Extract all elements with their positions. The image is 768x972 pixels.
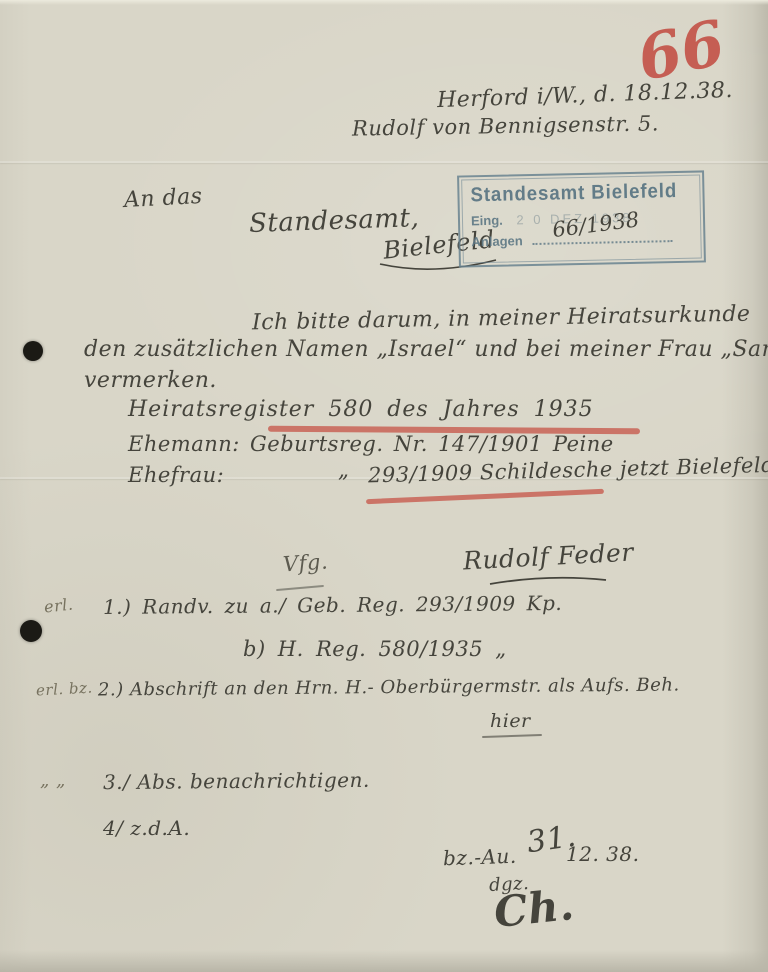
vfg-item-2-sub: hier: [490, 710, 531, 732]
footer-date-rest: 12. 38.: [566, 842, 639, 866]
vfg-item-3: 3./ Abs. benachrichtigen.: [103, 768, 370, 794]
hole-punch-bottom: [20, 620, 42, 642]
body-line-3: vermerken.: [84, 368, 217, 393]
hole-punch-top: [23, 341, 43, 361]
margin-note-ditto: „ „: [40, 770, 66, 791]
body-line-2: den zusätzlichen Namen „Israel“ und bei …: [84, 337, 768, 362]
signature-name: Rudolf Feder: [462, 538, 634, 576]
vfg-item-1b: b) H. Reg. 580/1935 „: [243, 637, 507, 661]
vfg-heading-underline: [276, 585, 324, 591]
margin-note-erl-2: erl. bz.: [36, 679, 94, 700]
margin-note-erl-1: erl.: [43, 595, 74, 617]
paper-crease: [0, 161, 768, 163]
vfg-item-4: 4/ z.d.A.: [103, 816, 190, 840]
footer-note: bz.-Au.: [443, 844, 517, 871]
register-line: Heiratsregister 580 des Jahres 1935: [128, 397, 594, 422]
paper-edge-bottom: [0, 950, 768, 972]
recipient-an-das: An das: [123, 184, 203, 213]
paper-edge-top: [0, 0, 768, 5]
footer-initials-scribble: Ch.: [492, 880, 577, 937]
received-stamp: Standesamt Bielefeld Eing. 2 0 DEZ 1938 …: [457, 170, 706, 267]
ehefrau-ditto-mark: „: [338, 458, 349, 482]
sender-address-line: Rudolf von Bennigsenstr. 5.: [352, 111, 659, 140]
stamp-anlagen-label: Anlagen: [471, 233, 523, 249]
vfg-item-2: 2.) Abschrift an den Hrn. H.- Oberbürger…: [98, 674, 680, 700]
stamp-eing-label: Eing.: [471, 213, 503, 229]
red-underline-ehefrau: [366, 489, 604, 504]
ehefrau-label: Ehefrau:: [128, 463, 224, 487]
body-line-1: Ich bitte darum, in meiner Heiratsurkund…: [252, 302, 751, 336]
scanned-document-page: 66 Herford i/W., d. 18.12.38. Rudolf von…: [0, 0, 768, 972]
ehemann-line: Ehemann: Geburtsreg. Nr. 147/1901 Peine: [128, 432, 614, 456]
vfg-item-1: 1.) Randv. zu a./ Geb. Reg. 293/1909 Kp.: [103, 591, 562, 619]
vfg-heading: Vfg.: [282, 549, 329, 576]
signature-underline-flourish: [488, 574, 608, 588]
hier-underline: [482, 734, 542, 738]
stamp-title: Standesamt Bielefeld: [470, 180, 676, 207]
date-line: Herford i/W., d. 18.12.38.: [437, 78, 734, 113]
ehefrau-value: 293/1909 Schildesche jetzt Bielefeld.: [368, 453, 768, 488]
recipient-standesamt: Standesamt,: [249, 203, 420, 239]
